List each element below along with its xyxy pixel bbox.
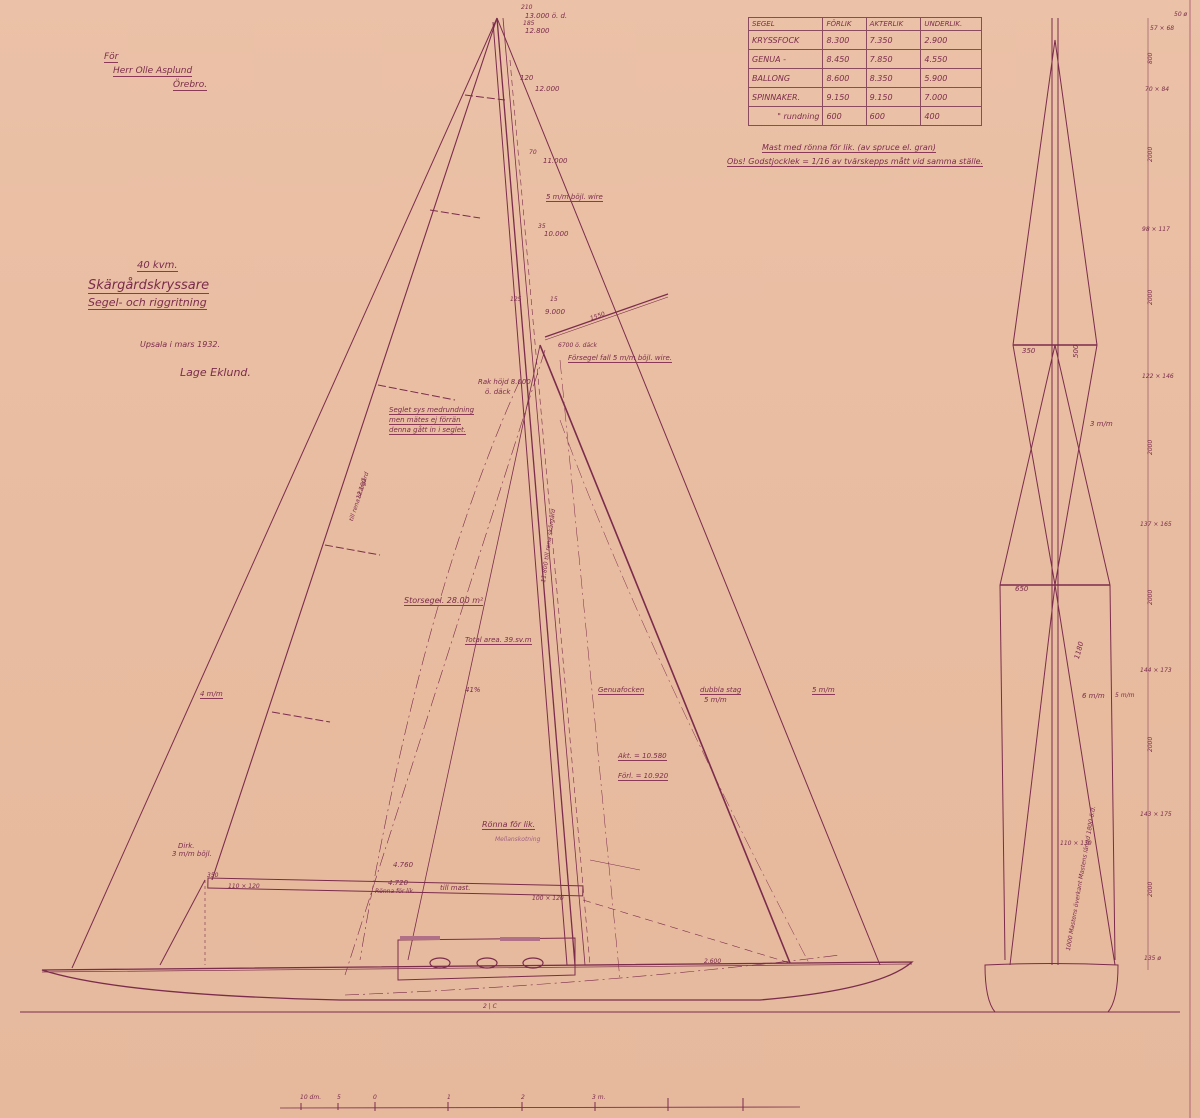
- double-stay-size: 5 m/m: [704, 696, 727, 704]
- table-row: SPINNAKER. 9.150 9.150 7.000: [749, 88, 982, 107]
- aft-length: Akt. = 10.580: [618, 752, 667, 761]
- signature: Lage Eklund.: [180, 366, 251, 379]
- table-row: GENUA - 8.450 7.850 4.550: [749, 50, 982, 69]
- scale-tick-label: 3 m.: [592, 1094, 605, 1101]
- cell-segel: KRYSSFOCK: [749, 31, 823, 50]
- foredeck-length: 2.600: [704, 958, 721, 965]
- deck-height-label: 6700 ö. däck: [558, 342, 597, 349]
- section-dim: 144 × 173: [1140, 667, 1172, 674]
- scale-label: 10 dm.: [300, 1094, 321, 1101]
- to-mast-label: till mast.: [440, 884, 471, 892]
- station-mark: 2 | C: [483, 1003, 497, 1010]
- cell-forlik: 9.150: [823, 88, 866, 107]
- section-dim: 143 × 175: [1140, 811, 1172, 818]
- scale-tick-label: 0: [373, 1094, 377, 1101]
- percentage-label: 41%: [465, 686, 481, 694]
- table-row: KRYSSFOCK 8.300 7.350 2.900: [749, 31, 982, 50]
- forestay-label: Försegel fall 5 m/m böjl. wire.: [568, 354, 672, 363]
- section-dim: 135 ø: [1144, 955, 1161, 962]
- cell-underlik: 5.900: [921, 69, 982, 88]
- cell-forlik: 8.300: [823, 31, 866, 50]
- jib-label: Genuafocken: [598, 686, 644, 695]
- height-label: 13.000 ö. d.: [525, 12, 567, 20]
- place-date: Upsala i mars 1932.: [140, 340, 220, 349]
- header-akterlik: AKTERLIK: [866, 18, 921, 31]
- cell-segel: " rundning: [749, 107, 823, 126]
- boom-section-fwd: 100 × 120: [532, 895, 564, 902]
- cell-underlik: 2.900: [921, 31, 982, 50]
- section-dim: 50 ø: [1174, 11, 1187, 18]
- drawing-type: Segel- och riggritning: [88, 296, 207, 310]
- cell-forlik: 8.600: [823, 69, 866, 88]
- table-row: " rundning 600 600 400: [749, 107, 982, 126]
- dim-label: 350: [207, 872, 218, 879]
- cell-akterlik: 8.350: [866, 69, 921, 88]
- dirk-wire-label: 3 m/m böjl.: [172, 850, 212, 858]
- cell-akterlik: 600: [866, 107, 921, 126]
- cell-akterlik: 9.150: [866, 88, 921, 107]
- dim-label: 120: [520, 74, 533, 82]
- section-dim: 2000: [1147, 290, 1154, 305]
- dirk-label: Dirk.: [178, 842, 195, 850]
- mainsail-leech: [212, 18, 497, 880]
- lower-spreader-label: 650: [1015, 585, 1028, 593]
- lower-wire-label: 6 m/m: [1082, 692, 1105, 700]
- forestay-line: [72, 18, 497, 968]
- cell-akterlik: 7.350: [866, 31, 921, 50]
- table-row: BALLONG 8.600 8.350 5.900: [749, 69, 982, 88]
- total-area: Total area. 39.sv.m: [465, 636, 532, 645]
- wire-label: 5 m/m böjl. wire: [546, 193, 603, 202]
- height-label: 12.800: [525, 27, 550, 35]
- dim-label: 185: [523, 20, 534, 27]
- section-dim: 2000: [1147, 440, 1154, 455]
- height-label: 11.000: [543, 157, 568, 165]
- backstay-label: 5 m/m: [812, 686, 835, 695]
- stay-label: 4 m/m: [200, 690, 223, 699]
- height-label: Rak höjd 8.000: [478, 378, 531, 386]
- double-stay-label: dubbla stag: [700, 686, 741, 695]
- dim-label: 35: [538, 223, 546, 230]
- boom-length: 4.720: [388, 879, 408, 887]
- header-forlik: FÖRLIK: [823, 18, 866, 31]
- boom-track-label: Rönna för lik.: [375, 888, 415, 895]
- cell-segel: BALLONG: [749, 69, 823, 88]
- dim-label: 15: [550, 296, 558, 303]
- sail-note: denna gått in i seglet.: [389, 426, 466, 435]
- upper-spreader-label: 350: [1022, 347, 1035, 355]
- section-dim: 98 × 117: [1142, 226, 1170, 233]
- rigging-drawing: [0, 0, 1200, 1118]
- cell-underlik: 400: [921, 107, 982, 126]
- scale-tick-label: 1: [447, 1094, 451, 1101]
- sail-dimensions-table: SEGEL FÖRLIK AKTERLIK UNDERLIK. KRYSSFOC…: [748, 17, 982, 126]
- cell-segel: SPINNAKER.: [749, 88, 823, 107]
- dim-label: 70: [529, 149, 537, 156]
- cell-akterlik: 7.850: [866, 50, 921, 69]
- scale-tick-label: 5: [337, 1094, 341, 1101]
- lower-wire-label-2: 5 m/m: [1115, 692, 1134, 699]
- dim-label: 125: [510, 296, 521, 303]
- fore-length: Förl. = 10.920: [618, 772, 668, 781]
- track-label: Rönna för lik.: [482, 820, 535, 830]
- section-dim: 2000: [1147, 737, 1154, 752]
- track-sub: Mellanskotning: [495, 836, 540, 843]
- header-underlik: UNDERLIK.: [921, 18, 982, 31]
- scale-bar-line: [280, 1107, 800, 1108]
- scale-tick-label: 2: [521, 1094, 525, 1101]
- mast-front-view: [985, 0, 1190, 1118]
- owner-name: Herr Olle Asplund: [113, 66, 192, 77]
- boom-section-aft: 110 × 120: [228, 883, 260, 890]
- cell-underlik: 4.550: [921, 50, 982, 69]
- cell-segel: GENUA -: [749, 50, 823, 69]
- obs-note: Obs! Godstjocklek = 1/16 av tvärskepps m…: [727, 157, 983, 167]
- section-dim: 122 × 146: [1142, 373, 1174, 380]
- section-dim: 2000: [1147, 882, 1154, 897]
- owner-for-label: För: [104, 52, 118, 63]
- porthole: [523, 958, 543, 968]
- table-header-row: SEGEL FÖRLIK AKTERLIK UNDERLIK.: [749, 18, 982, 31]
- height-label: 12.000: [535, 85, 560, 93]
- height-label: 9.000: [545, 308, 565, 316]
- upper-gap-label: 500: [1072, 345, 1080, 358]
- mast-note: Mast med rönna för lik. (av spruce el. g…: [762, 143, 936, 153]
- sail-note: men mätes ej förrän: [389, 416, 461, 425]
- mainsail-area: Storsegel. 28.00 m²: [404, 596, 483, 606]
- cell-forlik: 600: [823, 107, 866, 126]
- cabin: [398, 938, 575, 980]
- jib-luff: [540, 345, 790, 963]
- owner-city: Örebro.: [173, 80, 207, 91]
- upper-wire-label: 3 m/m: [1090, 420, 1113, 428]
- cell-forlik: 8.450: [823, 50, 866, 69]
- section-dim: 70 × 84: [1145, 86, 1169, 93]
- height-label: ö. däck: [485, 388, 510, 396]
- section-dim: 800: [1147, 53, 1154, 64]
- section-dim: 2000: [1147, 147, 1154, 162]
- height-label: 10.000: [544, 230, 569, 238]
- boom-length: 4.760: [393, 861, 413, 869]
- header-segel: SEGEL: [749, 18, 823, 31]
- boat-type-title: Skärgårdskryssare: [88, 278, 209, 294]
- cell-underlik: 7.000: [921, 88, 982, 107]
- jib-leech: [408, 345, 540, 960]
- section-dim: 2000: [1147, 590, 1154, 605]
- dim-label: 210: [521, 4, 532, 11]
- section-dim: 57 × 68: [1150, 25, 1174, 32]
- sail-note: Seglet sys medrundning: [389, 406, 474, 415]
- section-dim: 137 × 165: [1140, 521, 1172, 528]
- boat-class: 40 kvm.: [137, 260, 178, 272]
